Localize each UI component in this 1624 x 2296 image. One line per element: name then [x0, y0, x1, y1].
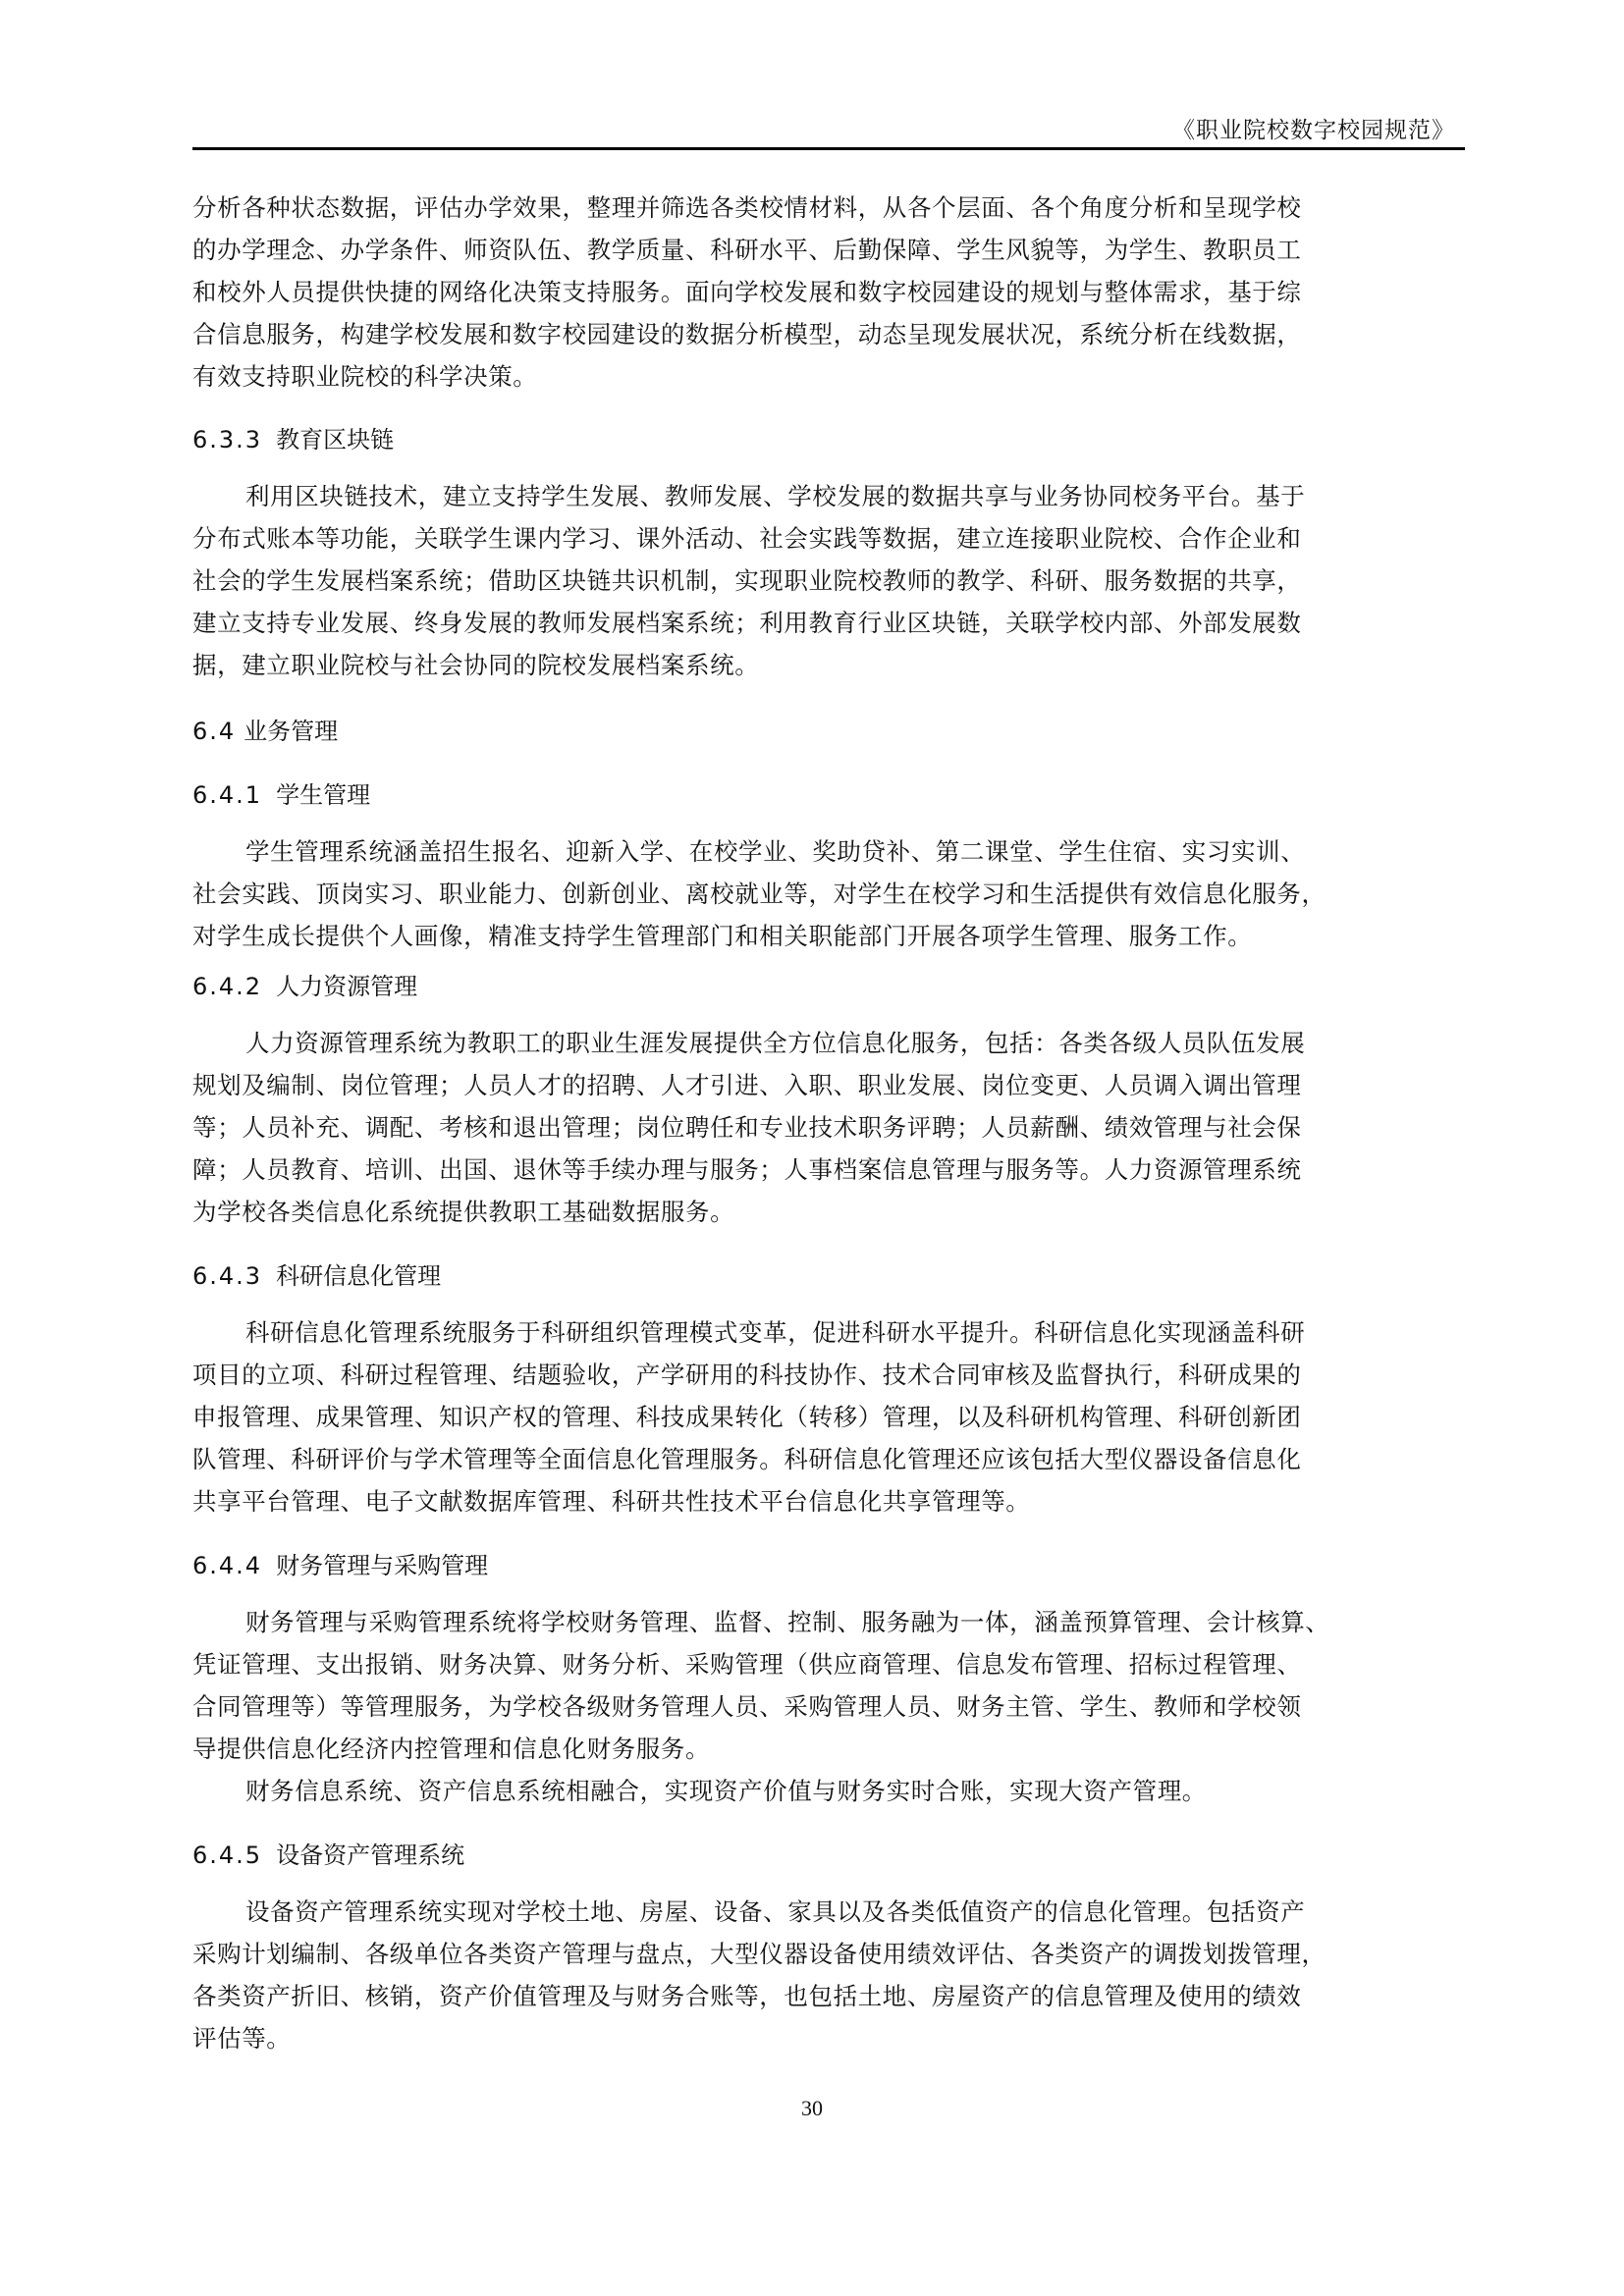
- paragraph-line: 据，建立职业院校与社会协同的院校发展档案系统。: [192, 644, 1469, 686]
- paragraph-line: 对学生成长提供个人画像，精准支持学生管理部门和相关职能部门开展各项学生管理、服务…: [192, 915, 1469, 957]
- section-number: 6.4: [192, 712, 236, 751]
- paragraph-line: 的办学理念、办学条件、师资队伍、教学质量、科研水平、后勤保障、学生风貌等，为学生…: [192, 229, 1469, 271]
- section-6-4-1: 6.4.1学生管理 学生管理系统涵盖招生报名、迎新入学、在校学业、奖助贷补、第二…: [192, 775, 1469, 957]
- section-title: 科研信息化管理: [276, 1262, 441, 1290]
- paragraph-line: 申报管理、成果管理、知识产权的管理、科技成果转化（转移）管理，以及科研机构管理、…: [192, 1396, 1469, 1438]
- paragraph-line: 财务管理与采购管理系统将学校财务管理、监督、控制、服务融为一体，涵盖预算管理、会…: [192, 1601, 1469, 1643]
- paragraph-line: 利用区块链技术，建立支持学生发展、教师发展、学校发展的数据共享与业务协同校务平台…: [192, 475, 1469, 517]
- paragraph-line: 为学校各类信息化系统提供教职工基础数据服务。: [192, 1191, 1469, 1233]
- section-heading: 6.3.3教育区块链: [192, 420, 1469, 459]
- paragraph-line: 学生管理系统涵盖招生报名、迎新入学、在校学业、奖助贷补、第二课堂、学生住宿、实习…: [192, 830, 1469, 873]
- section-heading: 6.4.2人力资源管理: [192, 967, 1469, 1006]
- paragraph-line: 财务信息系统、资产信息系统相融合，实现资产价值与财务实时合账，实现大资产管理。: [192, 1770, 1469, 1812]
- paragraph-line: 评估等。: [192, 2017, 1469, 2059]
- paragraph-line: 项目的立项、科研过程管理、结题验收，产学研用的科技协作、技术合同审核及监督执行，…: [192, 1354, 1469, 1396]
- section-6-3-3: 6.3.3教育区块链 利用区块链技术，建立支持学生发展、教师发展、学校发展的数据…: [192, 420, 1469, 686]
- paragraph-line: 采购计划编制、各级单位各类资产管理与盘点，大型仪器设备使用绩效评估、各类资产的调…: [192, 1933, 1469, 1975]
- paragraph-line: 科研信息化管理系统服务于科研组织管理模式变革，促进科研水平提升。科研信息化实现涵…: [192, 1311, 1469, 1354]
- paragraph-line: 分布式账本等功能，关联学生课内学习、课外活动、社会实践等数据，建立连接职业院校、…: [192, 517, 1469, 560]
- paragraph-line: 规划及编制、岗位管理；人员人才的招聘、人才引进、入职、职业发展、岗位变更、人员调…: [192, 1064, 1469, 1106]
- section-title: 教育区块链: [276, 426, 394, 454]
- intro-paragraph: 分析各种状态数据，评估办学效果，整理并筛选各类校情材料，从各个层面、各个角度分析…: [192, 187, 1469, 398]
- document-title: 《职业院校数字校园规范》: [1172, 112, 1455, 144]
- page-number: 30: [0, 2096, 1624, 2121]
- section-number: 6.3.3: [192, 420, 262, 459]
- page-header: 《职业院校数字校园规范》: [192, 108, 1465, 150]
- section-6-4-2: 6.4.2人力资源管理 人力资源管理系统为教职工的职业生涯发展提供全方位信息化服…: [192, 967, 1469, 1233]
- paragraph-line: 障；人员教育、培训、出国、退休等手续办理与服务；人事档案信息管理与服务等。人力资…: [192, 1148, 1469, 1191]
- section-heading: 6.4.5设备资产管理系统: [192, 1836, 1469, 1875]
- section-heading: 6.4.4财务管理与采购管理: [192, 1546, 1469, 1585]
- section-title: 财务管理与采购管理: [276, 1552, 488, 1579]
- paragraph-line: 共享平台管理、电子文献数据库管理、科研共性技术平台信息化共享管理等。: [192, 1480, 1469, 1522]
- section-heading: 6.4.1学生管理: [192, 775, 1469, 815]
- paragraph-line: 建立支持专业发展、终身发展的教师发展档案系统；利用教育行业区块链，关联学校内部、…: [192, 602, 1469, 644]
- paragraph-line: 等；人员补充、调配、考核和退出管理；岗位聘任和专业技术职务评聘；人员薪酬、绩效管…: [192, 1106, 1469, 1148]
- section-6-4-3: 6.4.3科研信息化管理 科研信息化管理系统服务于科研组织管理模式变革，促进科研…: [192, 1256, 1469, 1522]
- section-6-4-4: 6.4.4财务管理与采购管理 财务管理与采购管理系统将学校财务管理、监督、控制、…: [192, 1546, 1469, 1812]
- section-title: 设备资产管理系统: [276, 1842, 464, 1869]
- paragraph-line: 人力资源管理系统为教职工的职业生涯发展提供全方位信息化服务，包括：各类各级人员队…: [192, 1022, 1469, 1064]
- paragraph-line: 社会实践、顶岗实习、职业能力、创新创业、离校就业等，对学生在校学习和生活提供有效…: [192, 873, 1469, 915]
- paragraph-line: 导提供信息化经济内控管理和信息化财务服务。: [192, 1728, 1469, 1770]
- paragraph-line: 各类资产折旧、核销，资产价值管理及与财务合账等，也包括土地、房屋资产的信息管理及…: [192, 1975, 1469, 2017]
- paragraph-line: 有效支持职业院校的科学决策。: [192, 355, 1469, 398]
- paragraph-line: 分析各种状态数据，评估办学效果，整理并筛选各类校情材料，从各个层面、各个角度分析…: [192, 187, 1469, 229]
- section-number: 6.4.5: [192, 1836, 262, 1875]
- paragraph-line: 合信息服务，构建学校发展和数字校园建设的数据分析模型，动态呈现发展状况，系统分析…: [192, 313, 1469, 355]
- section-number: 6.4.3: [192, 1256, 262, 1296]
- section-number: 6.4.1: [192, 775, 262, 815]
- section-heading: 6.4.3科研信息化管理: [192, 1256, 1469, 1296]
- section-6-4: 6.4业务管理: [192, 712, 1469, 751]
- paragraph-line: 凭证管理、支出报销、财务决算、财务分析、采购管理（供应商管理、信息发布管理、招标…: [192, 1643, 1469, 1685]
- section-title: 业务管理: [244, 718, 338, 745]
- paragraph-line: 设备资产管理系统实现对学校土地、房屋、设备、家具以及各类低值资产的信息化管理。包…: [192, 1891, 1469, 1933]
- paragraph-line: 社会的学生发展档案系统；借助区块链共识机制，实现职业院校教师的教学、科研、服务数…: [192, 560, 1469, 602]
- section-title: 学生管理: [276, 781, 370, 809]
- section-number: 6.4.2: [192, 967, 262, 1006]
- section-title: 人力资源管理: [276, 973, 417, 1000]
- section-heading: 6.4业务管理: [192, 712, 1469, 751]
- paragraph-line: 队管理、科研评价与学术管理等全面信息化管理服务。科研信息化管理还应该包括大型仪器…: [192, 1438, 1469, 1480]
- paragraph-line: 合同管理等）等管理服务，为学校各级财务管理人员、采购管理人员、财务主管、学生、教…: [192, 1685, 1469, 1728]
- section-number: 6.4.4: [192, 1546, 262, 1585]
- section-6-4-5: 6.4.5设备资产管理系统 设备资产管理系统实现对学校土地、房屋、设备、家具以及…: [192, 1836, 1469, 2059]
- paragraph-line: 和校外人员提供快捷的网络化决策支持服务。面向学校发展和数字校园建设的规划与整体需…: [192, 271, 1469, 313]
